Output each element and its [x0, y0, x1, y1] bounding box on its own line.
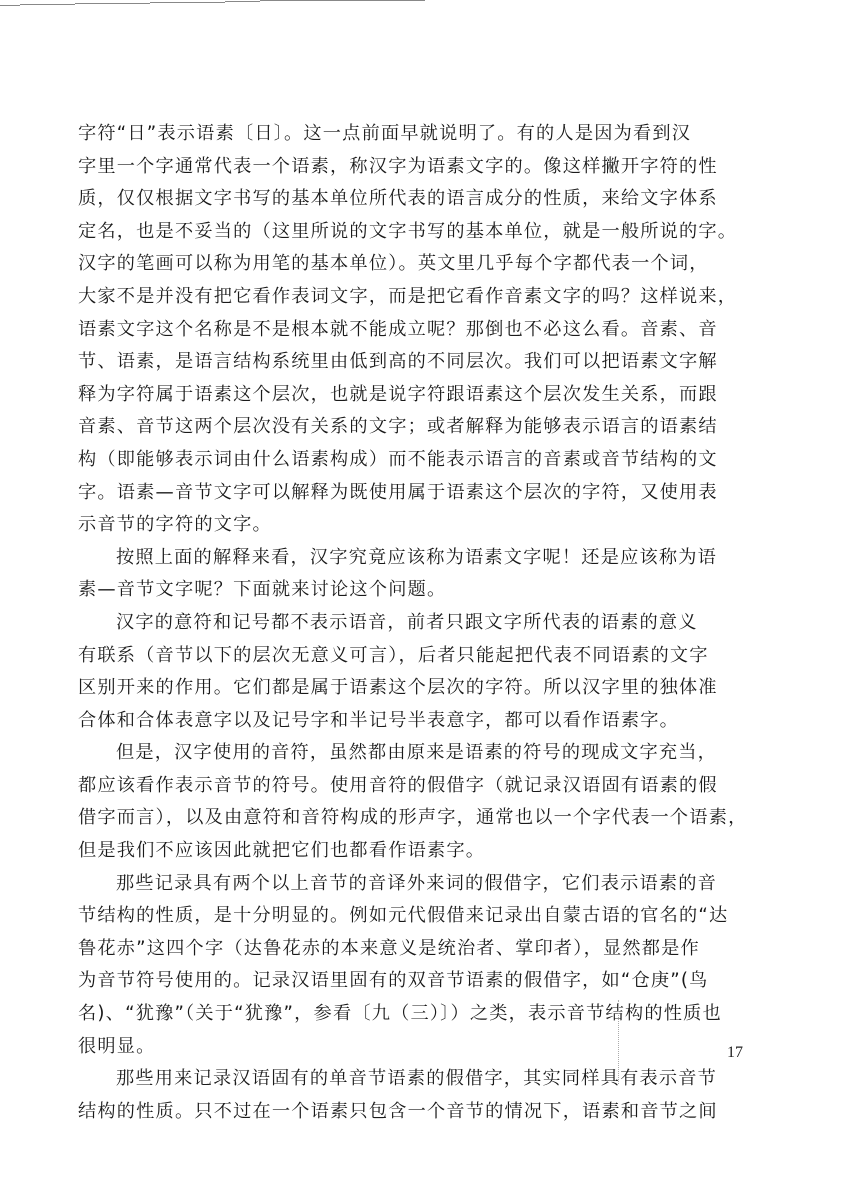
- text-line: 音素、音节这两个层次没有关系的文字；或者解释为能够表示语言的语素结: [78, 411, 758, 444]
- text-line: 有联系（音节以下的层次无意义可言），后者只能起把代表不同语素的文字: [78, 640, 758, 673]
- text-line: 大家不是并没有把它看作表词文字，而是把它看作音素文字的吗？这样说来，: [78, 281, 758, 314]
- text-line: 为音节符号使用的。记录汉语里固有的双音节语素的假借字，如“仓庚”(鸟: [78, 965, 758, 998]
- text-line: 结构的性质。只不过在一个语素只包含一个音节的情况下，语素和音节之间: [78, 1096, 758, 1129]
- text-line: 但是我们不应该因此就把它们也都看作语素字。: [78, 835, 758, 868]
- scan-edge-line: [0, 0, 430, 8]
- text-line: 示音节的字符的文字。: [78, 509, 758, 542]
- text-line: 质，仅仅根据文字书写的基本单位所代表的语言成分的性质，来给文字体系: [78, 183, 758, 216]
- text-line: 汉字的笔画可以称为用笔的基本单位）。英文里几乎每个字都代表一个词，: [78, 248, 758, 281]
- text-line: 合体和合体表意字以及记号字和半记号半表意字，都可以看作语素字。: [78, 705, 758, 738]
- text-line: 借字而言），以及由意符和音符构成的形声字，通常也以一个字代表一个语素，: [78, 802, 758, 835]
- text-line: 名)、“犹豫”（关于“犹豫”，参看〔九（三）〕）之类，表示音节结构的性质也: [78, 998, 758, 1031]
- text-line: 字。语素—音节文字可以解释为既使用属于语素这个层次的字符，又使用表: [78, 477, 758, 510]
- text-line: 释为字符属于语素这个层次，也就是说字符跟语素这个层次发生关系，而跟: [78, 379, 758, 412]
- text-line: 鲁花赤”这四个字（达鲁花赤的本来意义是统治者、掌印者），显然都是作: [78, 933, 758, 966]
- text-line: 那些用来记录汉语固有的单音节语素的假借字，其实同样具有表示音节: [78, 1063, 758, 1096]
- text-line: 素—音节文字呢？下面就来讨论这个问题。: [78, 574, 758, 607]
- scan-artifact: [618, 1000, 620, 1084]
- text-line: 字符“日”表示语素〔日〕。这一点前面早就说明了。有的人是因为看到汉: [78, 118, 758, 151]
- body-text: 字符“日”表示语素〔日〕。这一点前面早就说明了。有的人是因为看到汉字里一个字通常…: [78, 118, 758, 1128]
- text-line: 字里一个字通常代表一个语素，称汉字为语素文字的。像这样撇开字符的性: [78, 151, 758, 184]
- text-line: 构（即能够表示词由什么语素构成）而不能表示语言的音素或音节结构的文: [78, 444, 758, 477]
- text-line: 节、语素，是语言结构系统里由低到高的不同层次。我们可以把语素文字解: [78, 346, 758, 379]
- text-line: 汉字的意符和记号都不表示语音，前者只跟文字所代表的语素的意义: [78, 607, 758, 640]
- text-line: 节结构的性质，是十分明显的。例如元代假借来记录出自蒙古语的官名的“达: [78, 900, 758, 933]
- scan-speck: [566, 952, 568, 954]
- text-line: 语素文字这个名称是不是根本就不能成立呢？那倒也不必这么看。音素、音: [78, 314, 758, 347]
- text-line: 区别开来的作用。它们都是属于语素这个层次的字符。所以汉字里的独体准: [78, 672, 758, 705]
- text-line: 但是，汉字使用的音符，虽然都由原来是语素的符号的现成文字充当，: [78, 737, 758, 770]
- text-line: 定名，也是不妥当的（这里所说的文字书写的基本单位，就是一般所说的字。: [78, 216, 758, 249]
- text-line: 很明显。: [78, 1031, 758, 1064]
- page-number: 17: [727, 1044, 743, 1062]
- scanned-book-page: 字符“日”表示语素〔日〕。这一点前面早就说明了。有的人是因为看到汉字里一个字通常…: [0, 0, 852, 1192]
- text-line: 都应该看作表示音节的符号。使用音符的假借字（就记录汉语固有语素的假: [78, 770, 758, 803]
- text-line: 按照上面的解释来看，汉字究竟应该称为语素文字呢！还是应该称为语: [78, 542, 758, 575]
- text-line: 那些记录具有两个以上音节的音译外来词的假借字，它们表示语素的音: [78, 868, 758, 901]
